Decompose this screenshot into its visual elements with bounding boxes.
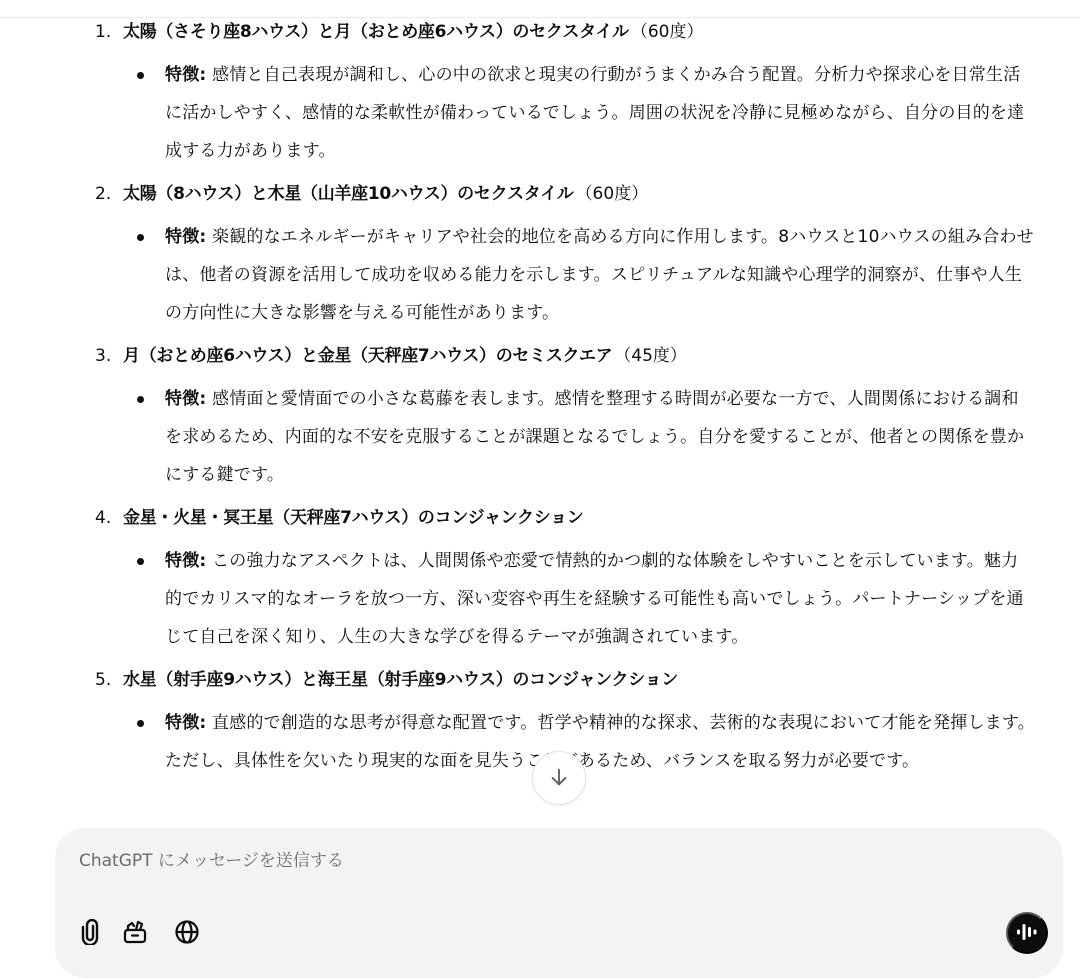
detail-label: 特徴: (165, 713, 206, 733)
aspect-item: 4. 金星・火星・冥王星（天秤座7ハウス）のコンジャンクション 特徴: この強力… (95, 500, 1040, 656)
aspect-degree: （45度） (614, 338, 687, 374)
aspect-heading: 2. 太陽（8ハウス）と木星（山羊座10ハウス）のセクスタイル （60度） (95, 176, 1040, 212)
arrow-down-icon (548, 766, 570, 791)
list-number: 4. (95, 500, 123, 536)
aspect-detail: 特徴: 直感的で創造的な思考が得意な配置です。哲学や精神的な探求、芸術的な表現に… (165, 704, 1035, 780)
aspect-title: 水星（射手座9ハウス）と海王星（射手座9ハウス）のコンジャンクション (123, 662, 678, 698)
aspect-detail: 特徴: 感情と自己表現が調和し、心の中の欲求と現実の行動がうまくかみ合う配置。分… (165, 56, 1035, 170)
message-composer (55, 828, 1063, 963)
bullet-icon (137, 720, 144, 727)
globe-icon (174, 919, 200, 948)
list-number: 3. (95, 338, 123, 374)
aspect-degree: （60度） (576, 176, 649, 212)
aspect-title: 月（おとめ座6ハウス）と金星（天秤座7ハウス）のセミスクエア (123, 338, 612, 374)
top-header-bar (0, 0, 1080, 18)
detail-text: 感情と自己表現が調和し、心の中の欲求と現実の行動がうまくかみ合う配置。分析力や探… (165, 65, 1024, 161)
aspect-detail: 特徴: 楽観的なエネルギーがキャリアや社会的地位を高める方向に作用します。8ハウ… (165, 218, 1035, 332)
detail-text: 直感的で創造的な思考が得意な配置です。哲学や精神的な探求、芸術的な表現において才… (165, 713, 1035, 771)
web-search-button[interactable] (170, 916, 204, 950)
aspect-detail: 特徴: この強力なアスペクトは、人間関係や恋愛で情熱的かつ劇的な体験をしやすいこ… (165, 542, 1035, 656)
aspect-heading: 3. 月（おとめ座6ハウス）と金星（天秤座7ハウス）のセミスクエア （45度） (95, 338, 1040, 374)
detail-text: 楽観的なエネルギーがキャリアや社会的地位を高める方向に作用します。8ハウスと10… (165, 227, 1034, 323)
aspect-degree: （60度） (631, 14, 704, 50)
bullet-icon (137, 234, 144, 241)
voice-mode-button[interactable] (1006, 912, 1048, 954)
aspect-item: 1. 太陽（さそり座8ハウス）と月（おとめ座6ハウス）のセクスタイル （60度）… (95, 14, 1040, 170)
aspect-heading: 1. 太陽（さそり座8ハウス）と月（おとめ座6ハウス）のセクスタイル （60度） (95, 14, 1040, 50)
bullet-icon (137, 558, 144, 565)
aspect-title: 金星・火星・冥王星（天秤座7ハウス）のコンジャンクション (123, 500, 583, 536)
scroll-to-bottom-button[interactable] (532, 751, 586, 805)
aspect-detail: 特徴: 感情面と愛情面での小さな葛藤を表します。感情を整理する時間が必要な一方で… (165, 380, 1035, 494)
list-number: 1. (95, 14, 123, 50)
bullet-icon (137, 396, 144, 403)
aspect-heading: 5. 水星（射手座9ハウス）と海王星（射手座9ハウス）のコンジャンクション (95, 662, 1040, 698)
message-input[interactable] (79, 846, 979, 876)
tools-button[interactable] (118, 916, 152, 950)
detail-label: 特徴: (165, 389, 206, 409)
aspect-heading: 4. 金星・火星・冥王星（天秤座7ハウス）のコンジャンクション (95, 500, 1040, 536)
aspect-title: 太陽（8ハウス）と木星（山羊座10ハウス）のセクスタイル (123, 176, 574, 212)
attach-button[interactable] (73, 916, 107, 950)
aspect-item: 2. 太陽（8ハウス）と木星（山羊座10ハウス）のセクスタイル （60度） 特徴… (95, 176, 1040, 332)
detail-label: 特徴: (165, 227, 206, 247)
list-number: 5. (95, 662, 123, 698)
detail-text: この強力なアスペクトは、人間関係や恋愛で情熱的かつ劇的な体験をしやすいことを示し… (165, 551, 1024, 647)
toolbox-icon (122, 919, 148, 948)
aspect-item: 3. 月（おとめ座6ハウス）と金星（天秤座7ハウス）のセミスクエア （45度） … (95, 338, 1040, 494)
detail-label: 特徴: (165, 551, 206, 571)
aspect-list: 1. 太陽（さそり座8ハウス）と月（おとめ座6ハウス）のセクスタイル （60度）… (95, 14, 1040, 786)
aspect-title: 太陽（さそり座8ハウス）と月（おとめ座6ハウス）のセクスタイル (123, 14, 629, 50)
voice-waveform-icon (1015, 922, 1039, 945)
bullet-icon (137, 72, 144, 79)
paperclip-icon (78, 919, 102, 948)
list-number: 2. (95, 176, 123, 212)
detail-label: 特徴: (165, 65, 206, 85)
detail-text: 感情面と愛情面での小さな葛藤を表します。感情を整理する時間が必要な一方で、人間関… (165, 389, 1024, 485)
